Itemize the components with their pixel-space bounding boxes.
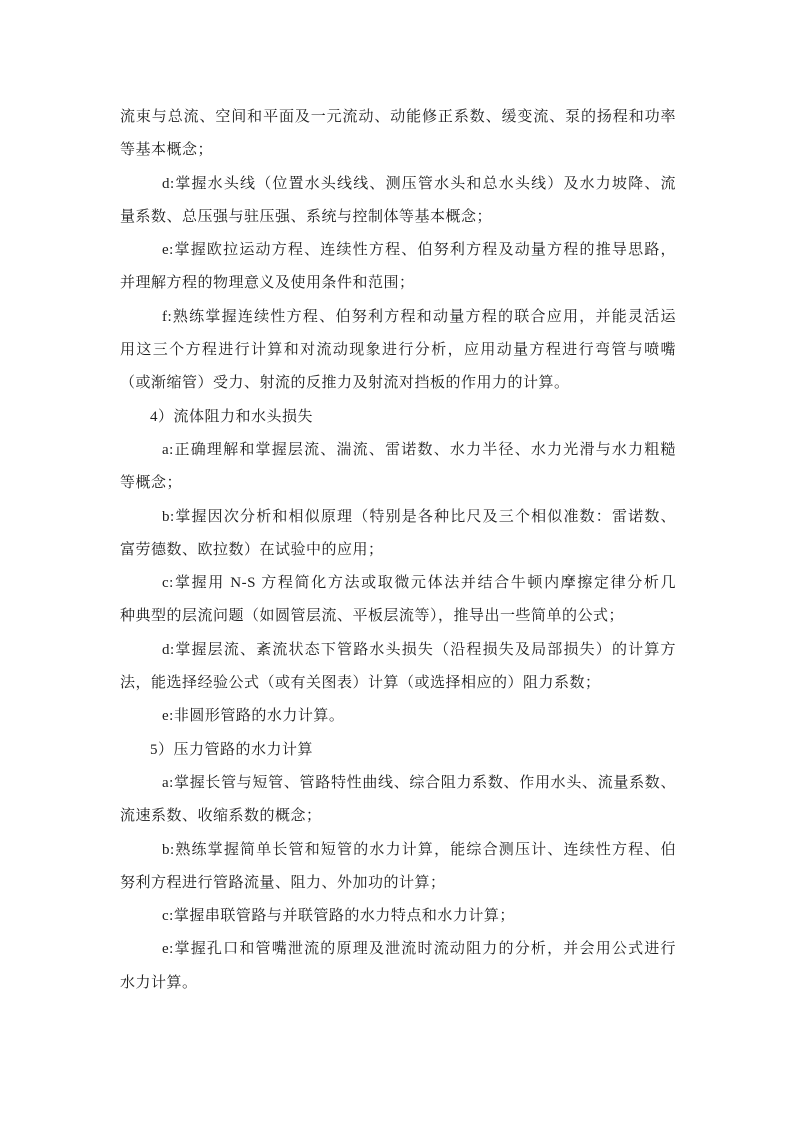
paragraph: d:掌握层流、紊流状态下管路水头损失（沿程损失及局部损失）的计算方法，能选择经验…: [120, 634, 676, 701]
paragraph: e:非圆形管路的水力计算。: [120, 700, 676, 733]
text-line: 法，能选择经验公式（或有关图表）计算（或选择相应的）阻力系数；: [120, 667, 676, 700]
paragraph: d:掌握水头线（位置水头线线、测压管水头和总水头线）及水力坡降、流量系数、总压强…: [120, 168, 676, 235]
paragraph: f:熟练掌握连续性方程、伯努利方程和动量方程的联合应用，并能灵活运用这三个方程进…: [120, 301, 676, 401]
text-line: 富劳德数、欧拉数）在试验中的应用；: [120, 534, 676, 567]
text-line: b:掌握因次分析和相似原理（特别是各种比尺及三个相似准数：雷诺数、: [120, 501, 676, 534]
text-line: 用这三个方程进行计算和对流动现象进行分析，应用动量方程进行弯管与喷嘴: [120, 334, 676, 367]
text-line: 等概念；: [120, 467, 676, 500]
paragraph: c:掌握串联管路与并联管路的水力特点和水力计算；: [120, 900, 676, 933]
document-page: 流束与总流、空间和平面及一元流动、动能修正系数、缓变流、泵的扬程和功率等基本概念…: [0, 0, 793, 1121]
text-line: e:掌握欧拉运动方程、连续性方程、伯努利方程及动量方程的推导思路，: [120, 234, 676, 267]
text-line: c:掌握用 N-S 方程简化方法或取微元体法并结合牛顿内摩擦定律分析几: [120, 567, 676, 600]
text-line: 努利方程进行管路流量、阻力、外加功的计算；: [120, 867, 676, 900]
text-line: 等基本概念；: [120, 134, 676, 167]
text-line: d:掌握层流、紊流状态下管路水头损失（沿程损失及局部损失）的计算方: [120, 634, 676, 667]
text-line: a:正确理解和掌握层流、湍流、雷诺数、水力半径、水力光滑与水力粗糙: [120, 434, 676, 467]
paragraph: 5）压力管路的水力计算: [120, 734, 676, 767]
paragraph: a:正确理解和掌握层流、湍流、雷诺数、水力半径、水力光滑与水力粗糙等概念；: [120, 434, 676, 501]
text-line: d:掌握水头线（位置水头线线、测压管水头和总水头线）及水力坡降、流: [120, 168, 676, 201]
text-line: f:熟练掌握连续性方程、伯努利方程和动量方程的联合应用，并能灵活运: [120, 301, 676, 334]
text-line: 流束与总流、空间和平面及一元流动、动能修正系数、缓变流、泵的扬程和功率: [120, 101, 676, 134]
text-line: c:掌握串联管路与并联管路的水力特点和水力计算；: [120, 900, 676, 933]
text-line: 量系数、总压强与驻压强、系统与控制体等基本概念；: [120, 201, 676, 234]
paragraph: c:掌握用 N-S 方程简化方法或取微元体法并结合牛顿内摩擦定律分析几种典型的层…: [120, 567, 676, 634]
text-line: 种典型的层流问题（如圆管层流、平板层流等），推导出一些简单的公式；: [120, 600, 676, 633]
paragraph: e:掌握欧拉运动方程、连续性方程、伯努利方程及动量方程的推导思路，并理解方程的物…: [120, 234, 676, 301]
text-line: b:熟练掌握简单长管和短管的水力计算，能综合测压计、连续性方程、伯: [120, 834, 676, 867]
paragraph: 流束与总流、空间和平面及一元流动、动能修正系数、缓变流、泵的扬程和功率等基本概念…: [120, 101, 676, 168]
text-line: e:掌握孔口和管嘴泄流的原理及泄流时流动阻力的分析，并会用公式进行: [120, 933, 676, 966]
text-line: （或渐缩管）受力、射流的反推力及射流对挡板的作用力的计算。: [120, 367, 676, 400]
text-line: 4）流体阻力和水头损失: [120, 401, 676, 434]
paragraph: e:掌握孔口和管嘴泄流的原理及泄流时流动阻力的分析，并会用公式进行水力计算。: [120, 933, 676, 1000]
paragraph: b:掌握因次分析和相似原理（特别是各种比尺及三个相似准数：雷诺数、富劳德数、欧拉…: [120, 501, 676, 568]
text-line: e:非圆形管路的水力计算。: [120, 700, 676, 733]
text-line: 5）压力管路的水力计算: [120, 734, 676, 767]
text-line: 并理解方程的物理意义及使用条件和范围；: [120, 267, 676, 300]
text-line: 水力计算。: [120, 967, 676, 1000]
paragraph: a:掌握长管与短管、管路特性曲线、综合阻力系数、作用水头、流量系数、流速系数、收…: [120, 767, 676, 834]
paragraph: 4）流体阻力和水头损失: [120, 401, 676, 434]
paragraph: b:熟练掌握简单长管和短管的水力计算，能综合测压计、连续性方程、伯努利方程进行管…: [120, 834, 676, 901]
text-line: a:掌握长管与短管、管路特性曲线、综合阻力系数、作用水头、流量系数、: [120, 767, 676, 800]
document-body: 流束与总流、空间和平面及一元流动、动能修正系数、缓变流、泵的扬程和功率等基本概念…: [120, 101, 676, 1000]
text-line: 流速系数、收缩系数的概念；: [120, 800, 676, 833]
